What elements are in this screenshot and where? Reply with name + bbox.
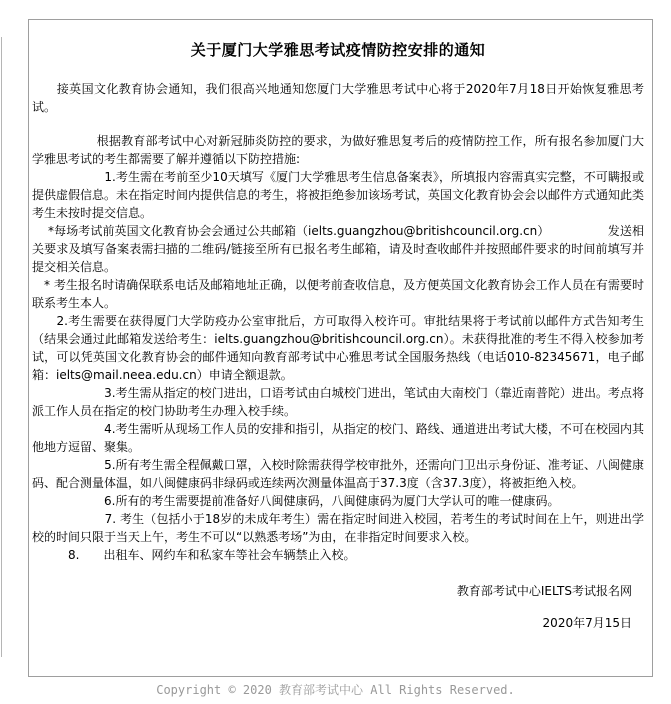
copyright-footer: Copyright © 2020 教育部考试中心 All Rights Rese… <box>0 682 671 698</box>
notice-paragraph-item-4: 4.考生需听从现场工作人员的安排和指引，从指定的校门、路线、通道进出考试大楼，不… <box>32 420 644 456</box>
notice-paragraph-item-3: 3.考生需从指定的校门进出，口语考试由白城校门进出，笔试由大南校门（靠近南普陀）… <box>32 384 644 420</box>
notice-paragraph-item-1: 1.考生需在考前至少10天填写《厦门大学雅思考生信息备案表》，所填报内容需真实完… <box>32 168 644 222</box>
notice-paragraph-basis: 根据教育部考试中心对新冠肺炎防控的要求，为做好雅思复考后的疫情防控工作，所有报名… <box>32 132 644 168</box>
notice-paragraph-note-mailbox: *每场考试前英国文化教育协会会通过公共邮箱（ielts.guangzhou@br… <box>32 222 644 276</box>
notice-paragraph-item-2: 2.考生需要在获得厦门大学防疫办公室审批后，方可取得入校许可。审批结果将于考试前… <box>32 312 644 384</box>
notice-paragraph-note-contact: * 考生报名时请确保联系电话及邮箱地址正确，以便考前查收信息，及方便英国文化教育… <box>32 276 644 312</box>
date-line: 2020年7月15日 <box>32 614 644 632</box>
notice-paragraph-intro: 接英国文化教育协会通知，我们很高兴地通知您厦门大学雅思考试中心将于2020年7月… <box>32 80 644 116</box>
notice-title: 关于厦门大学雅思考试疫情防控安排的通知 <box>32 40 644 60</box>
notice-document: 关于厦门大学雅思考试疫情防控安排的通知 接英国文化教育协会通知，我们很高兴地通知… <box>28 19 653 677</box>
signature-line: 教育部考试中心IELTS考试报名网 <box>32 582 644 600</box>
notice-paragraph-item-7: 7. 考生（包括小于18岁的未成年考生）需在指定时间进入校园，若考生的考试时间在… <box>32 510 644 546</box>
notice-paragraph-item-6: 6.所有的考生需要提前准备好八闽健康码，八闽健康码为厦门大学认可的唯一健康码。 <box>32 492 644 510</box>
notice-paragraph-item-5: 5.所有考生需全程佩戴口罩，入校时除需获得学校审批外，还需向门卫出示身份证、准考… <box>32 456 644 492</box>
left-edge-line <box>1 37 2 657</box>
notice-paragraph-item-8: 8. 出租车、网约车和私家车等社会车辆禁止入校。 <box>32 546 644 564</box>
